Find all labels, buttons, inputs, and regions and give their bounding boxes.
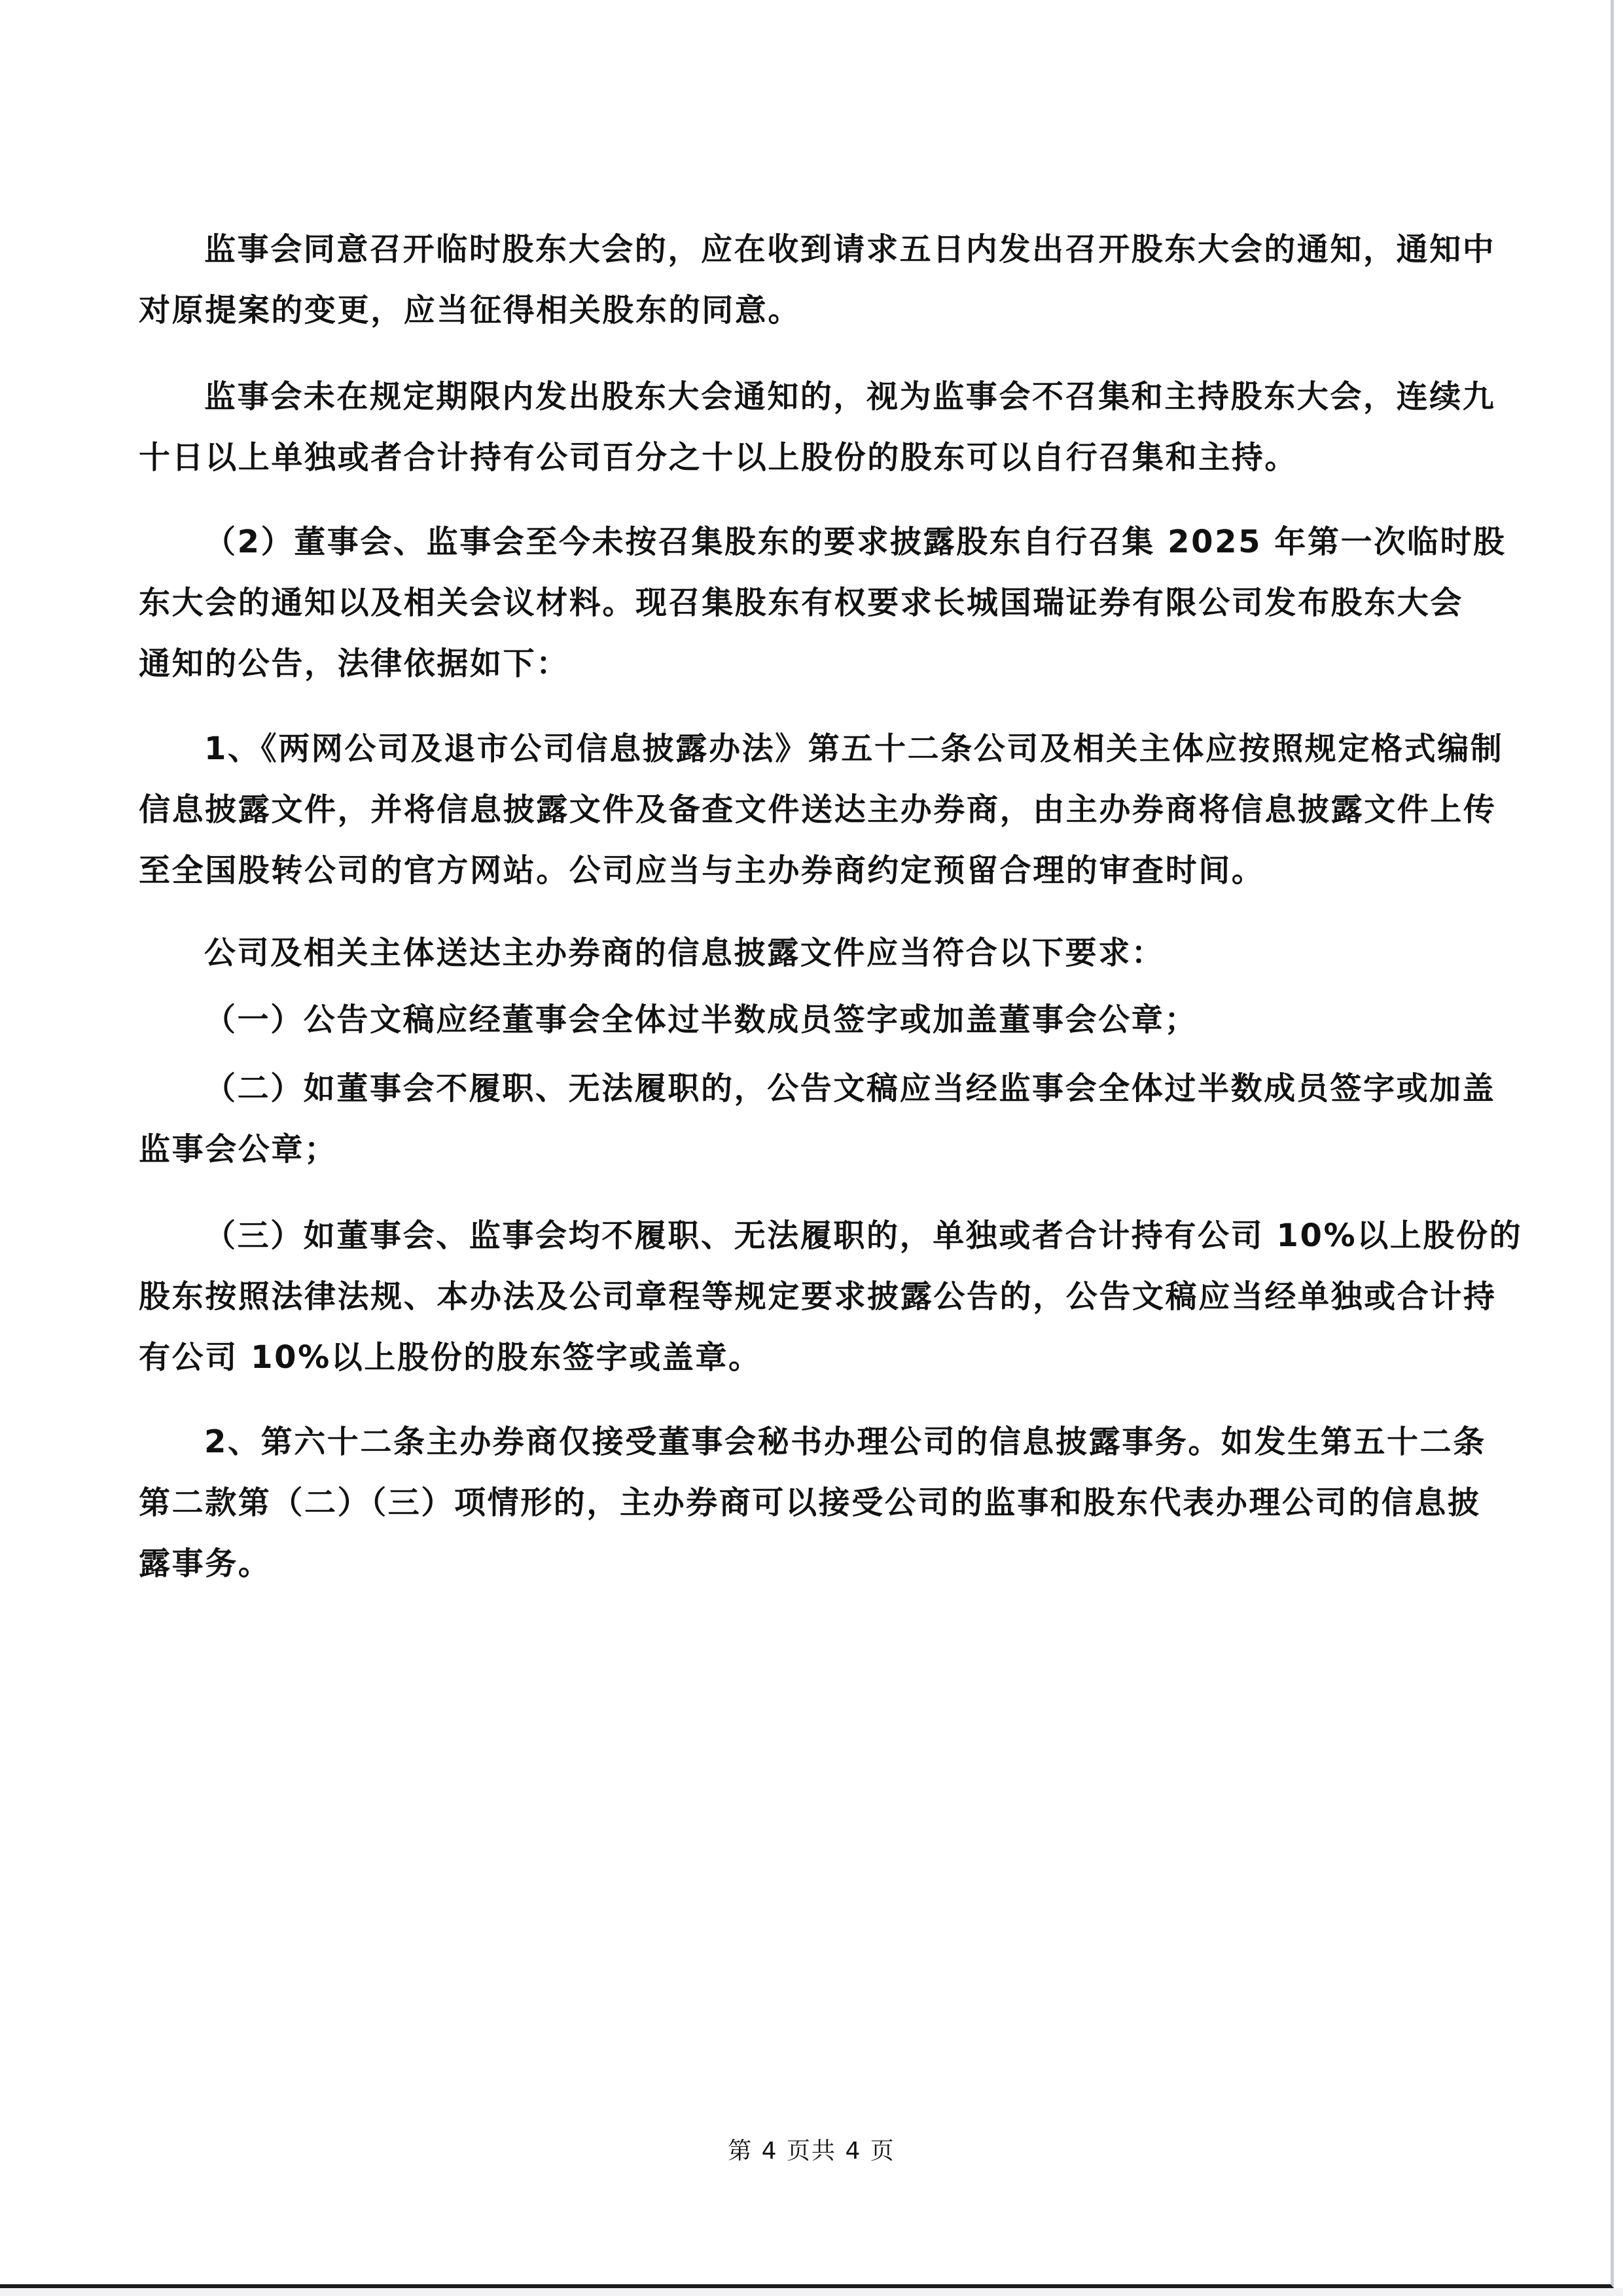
paragraph-line: 对原提案的变更，应当征得相关股东的同意。 <box>139 280 1471 341</box>
paragraph-legal-basis-2: 2、第六十二条主办券商仅接受董事会秘书办理公司的信息披露事务。如发生第五十二条 … <box>139 1412 1471 1594</box>
paragraph-requirements-intro: 公司及相关主体送达主办券商的信息披露文件应当符合以下要求： <box>139 923 1471 984</box>
paragraph-line: 公司及相关主体送达主办券商的信息披露文件应当符合以下要求： <box>139 923 1471 984</box>
paragraph-line: 露事务。 <box>139 1534 1471 1594</box>
paragraph-line: 监事会公章； <box>139 1119 1471 1180</box>
paragraph-line: 第二款第（二）（三）项情形的，主办券商可以接受公司的监事和股东代表办理公司的信息… <box>139 1473 1471 1534</box>
paragraph-supervisory-board-consent: 监事会同意召开临时股东大会的，应在收到请求五日内发出召开股东大会的通知，通知中 … <box>139 219 1471 341</box>
paragraph-line: 1、《两网公司及退市公司信息披露办法》第五十二条公司及相关主体应按照规定格式编制 <box>139 719 1471 780</box>
paragraph-line: （三）如董事会、监事会均不履职、无法履职的，单独或者合计持有公司 10%以上股份… <box>139 1206 1471 1266</box>
paragraph-line: 信息披露文件，并将信息披露文件及备查文件送达主办券商，由主办券商将信息披露文件上… <box>139 780 1471 840</box>
paragraph-line: （2）董事会、监事会至今未按召集股东的要求披露股东自行召集 2025 年第一次临… <box>139 512 1471 573</box>
paragraph-line: 股东按照法律法规、本办法及公司章程等规定要求披露公告的，公告文稿应当经单独或合计… <box>139 1266 1471 1327</box>
paragraph-line: 至全国股转公司的官方网站。公司应当与主办券商约定预留合理的审查时间。 <box>139 840 1471 901</box>
paragraph-line: 有公司 10%以上股份的股东签字或盖章。 <box>139 1327 1471 1388</box>
paragraph-requirement-3: （三）如董事会、监事会均不履职、无法履职的，单独或者合计持有公司 10%以上股份… <box>139 1206 1471 1388</box>
paragraph-line: （二）如董事会不履职、无法履职的，公告文稿应当经监事会全体过半数成员签字或加盖 <box>139 1058 1471 1119</box>
paragraph-line: 监事会未在规定期限内发出股东大会通知的，视为监事会不召集和主持股东大会，连续九 <box>139 367 1471 427</box>
scan-edge <box>0 2288 1623 2296</box>
paragraph-line: 2、第六十二条主办券商仅接受董事会秘书办理公司的信息披露事务。如发生第五十二条 <box>139 1412 1471 1473</box>
paragraph-line: 通知的公告，法律依据如下： <box>139 634 1471 694</box>
paragraph-line: 监事会同意召开临时股东大会的，应在收到请求五日内发出召开股东大会的通知，通知中 <box>139 219 1471 280</box>
paragraph-legal-basis-1: 1、《两网公司及退市公司信息披露办法》第五十二条公司及相关主体应按照规定格式编制… <box>139 719 1471 901</box>
paragraph-item-2-disclosure-request: （2）董事会、监事会至今未按召集股东的要求披露股东自行召集 2025 年第一次临… <box>139 512 1471 694</box>
paragraph-line: 东大会的通知以及相关会议材料。现召集股东有权要求长城国瑞证券有限公司发布股东大会 <box>139 573 1471 634</box>
page-number-footer: 第 4 页共 4 页 <box>0 2135 1623 2168</box>
paragraph-requirement-2: （二）如董事会不履职、无法履职的，公告文稿应当经监事会全体过半数成员签字或加盖 … <box>139 1058 1471 1180</box>
document-page: 监事会同意召开临时股东大会的，应在收到请求五日内发出召开股东大会的通知，通知中 … <box>0 0 1614 2288</box>
paragraph-requirement-1: （一）公告文稿应经董事会全体过半数成员签字或加盖董事会公章； <box>139 990 1471 1050</box>
paragraph-line: （一）公告文稿应经董事会全体过半数成员签字或加盖董事会公章； <box>139 990 1471 1050</box>
paragraph-line: 十日以上单独或者合计持有公司百分之十以上股份的股东可以自行召集和主持。 <box>139 427 1471 488</box>
paragraph-supervisory-board-failure: 监事会未在规定期限内发出股东大会通知的，视为监事会不召集和主持股东大会，连续九 … <box>139 367 1471 488</box>
